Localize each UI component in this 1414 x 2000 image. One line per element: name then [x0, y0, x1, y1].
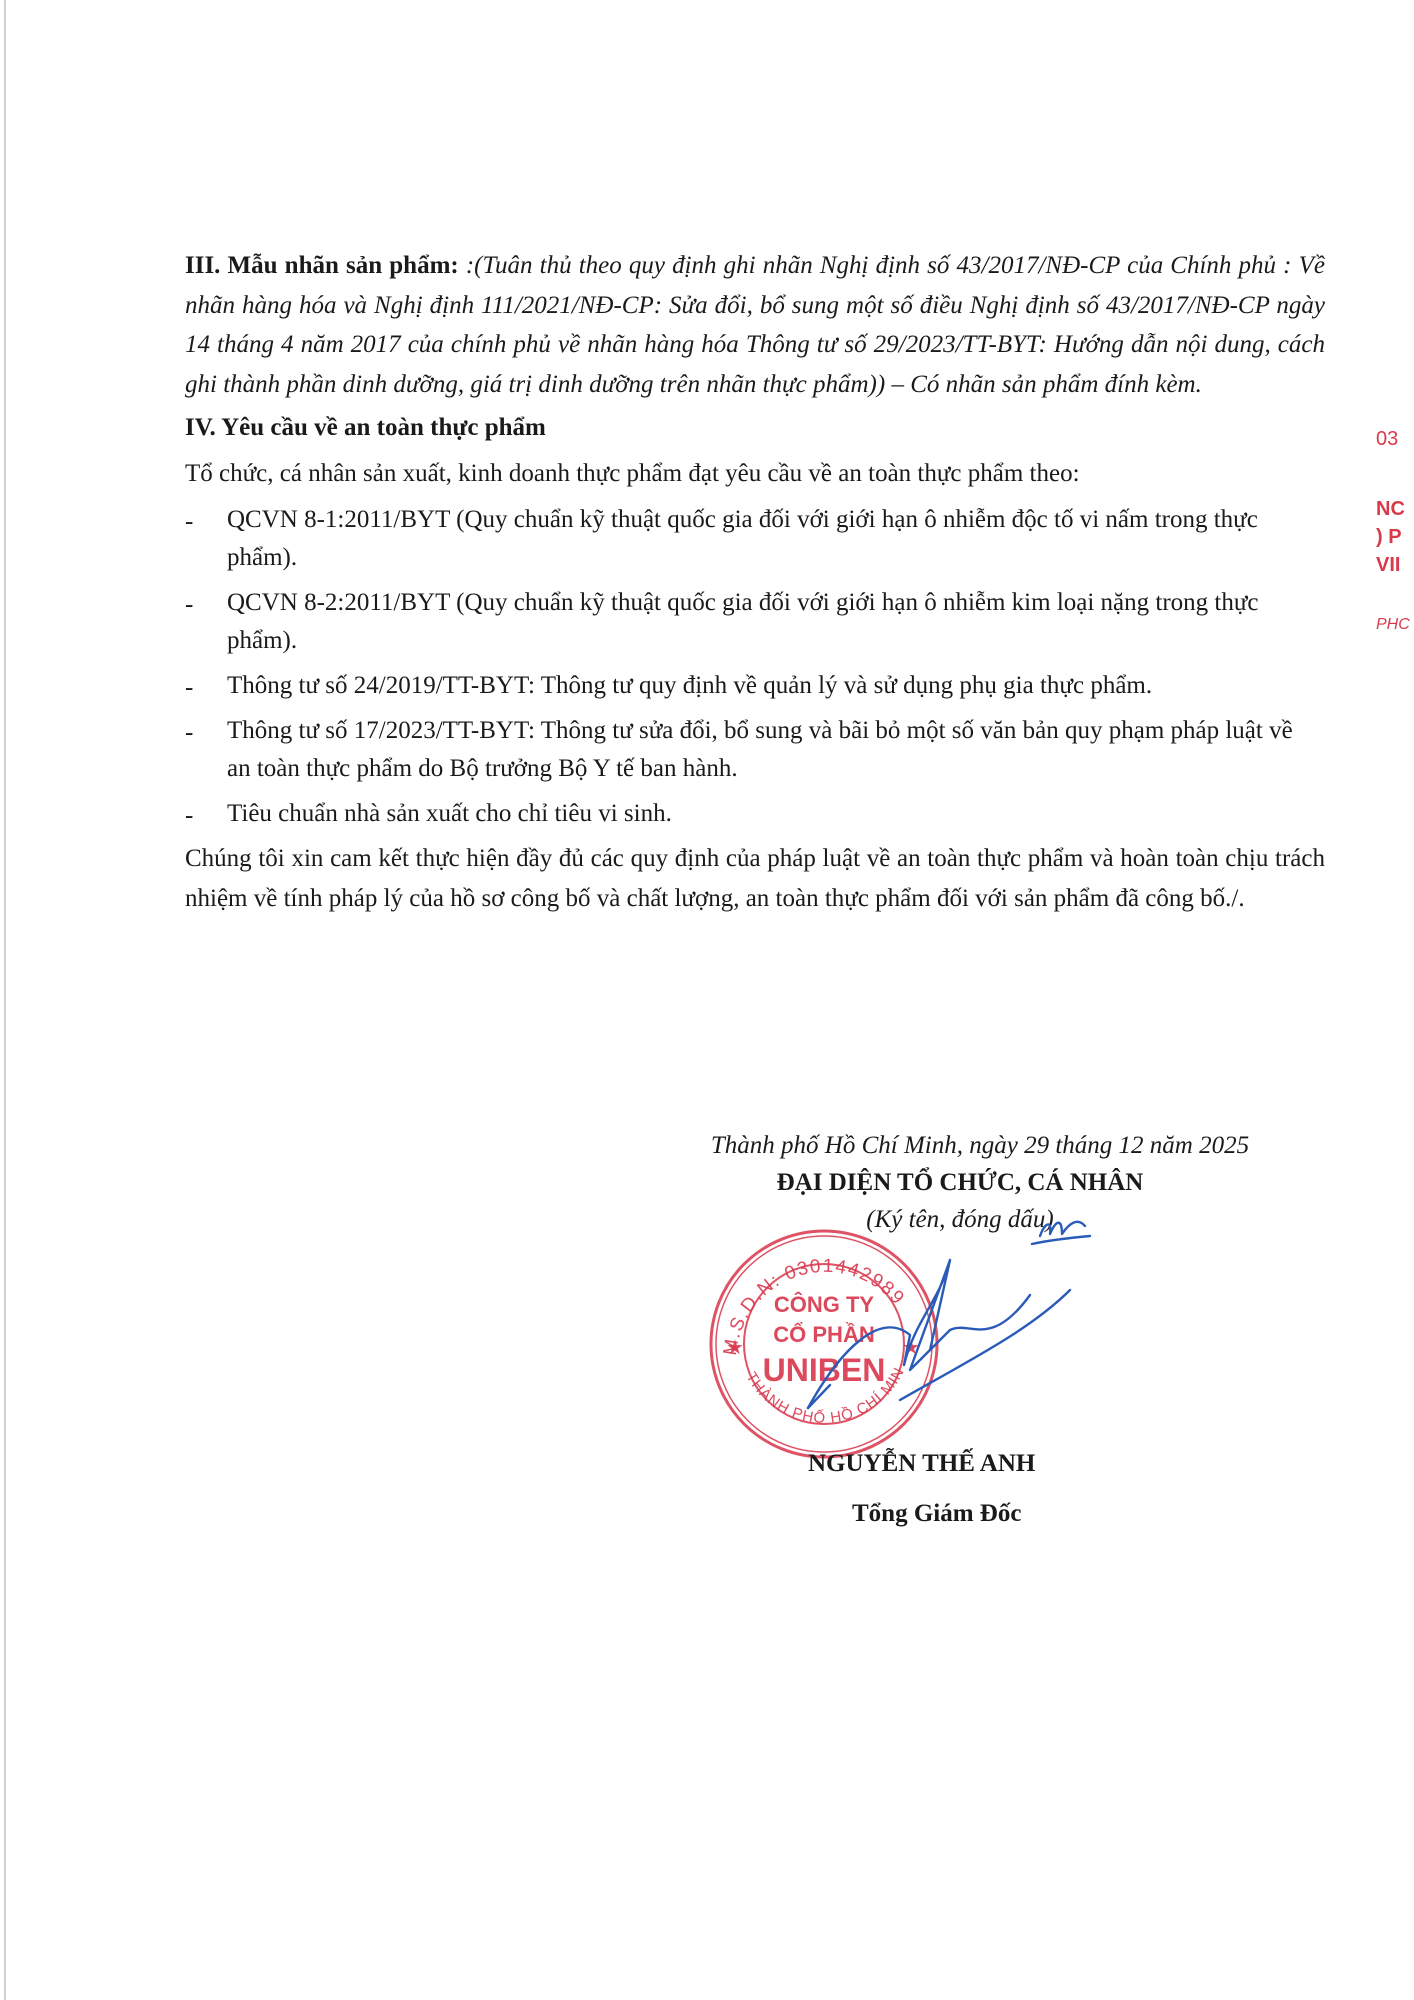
list-item: -QCVN 8-1:2011/BYT (Quy chuẩn kỹ thuật q…: [185, 501, 1325, 577]
edge-stamp-text: NC: [1376, 498, 1405, 521]
edge-stamp-fragment-icon: 03 NC ) P VII PHC: [1368, 420, 1414, 660]
dash-bullet: -: [185, 503, 193, 541]
section-4-heading: IV. Yêu cầu về an toàn thực phẩm: [185, 408, 1325, 448]
commitment-paragraph: Chúng tôi xin cam kết thực hiện đầy đủ c…: [185, 839, 1325, 919]
list-item-text: Tiêu chuẩn nhà sản xuất cho chỉ tiêu vi …: [227, 800, 672, 827]
representative-title: ĐẠI DIỆN TỔ CHỨC, CÁ NHÂN: [600, 1164, 1320, 1202]
list-item: -Thông tư số 24/2019/TT-BYT: Thông tư qu…: [185, 667, 1325, 705]
requirements-list: -QCVN 8-1:2011/BYT (Quy chuẩn kỹ thuật q…: [185, 501, 1325, 833]
document-body: III. Mẫu nhãn sản phẩm: :(Tuân thủ theo …: [185, 246, 1325, 919]
dash-bullet: -: [185, 714, 193, 752]
dash-bullet: -: [185, 586, 193, 624]
section-3-product-label: III. Mẫu nhãn sản phẩm: :(Tuân thủ theo …: [185, 246, 1325, 404]
signer-role: Tổng Giám Đốc: [852, 1500, 1021, 1528]
scan-edge-line: [4, 0, 6, 2000]
star-icon: ★: [726, 1337, 744, 1359]
place-date: Thành phố Hồ Chí Minh, ngày 29 tháng 12 …: [640, 1128, 1320, 1164]
section-4-intro: Tổ chức, cá nhân sản xuất, kinh doanh th…: [185, 454, 1325, 494]
list-item: -Tiêu chuẩn nhà sản xuất cho chỉ tiêu vi…: [185, 795, 1325, 833]
list-item: -Thông tư số 17/2023/TT-BYT: Thông tư sử…: [185, 712, 1325, 788]
list-item: -QCVN 8-2:2011/BYT (Quy chuẩn kỹ thuật q…: [185, 584, 1325, 660]
list-item-text: Thông tư số 17/2023/TT-BYT: Thông tư sửa…: [227, 717, 1293, 782]
edge-stamp-text: PHC: [1376, 616, 1410, 634]
list-item-text: QCVN 8-2:2011/BYT (Quy chuẩn kỹ thuật qu…: [227, 589, 1259, 654]
dash-bullet: -: [185, 669, 193, 707]
edge-stamp-text: 03: [1376, 428, 1398, 451]
edge-stamp-text: ) P: [1376, 526, 1402, 549]
signature-icon: [800, 1200, 1120, 1440]
section-3-heading: III. Mẫu nhãn sản phẩm:: [185, 252, 459, 279]
edge-stamp-text: VII: [1376, 554, 1400, 577]
list-item-text: QCVN 8-1:2011/BYT (Quy chuẩn kỹ thuật qu…: [227, 506, 1258, 571]
signer-name: NGUYỄN THẾ ANH: [808, 1450, 1035, 1478]
dash-bullet: -: [185, 797, 193, 835]
list-item-text: Thông tư số 24/2019/TT-BYT: Thông tư quy…: [227, 672, 1152, 699]
